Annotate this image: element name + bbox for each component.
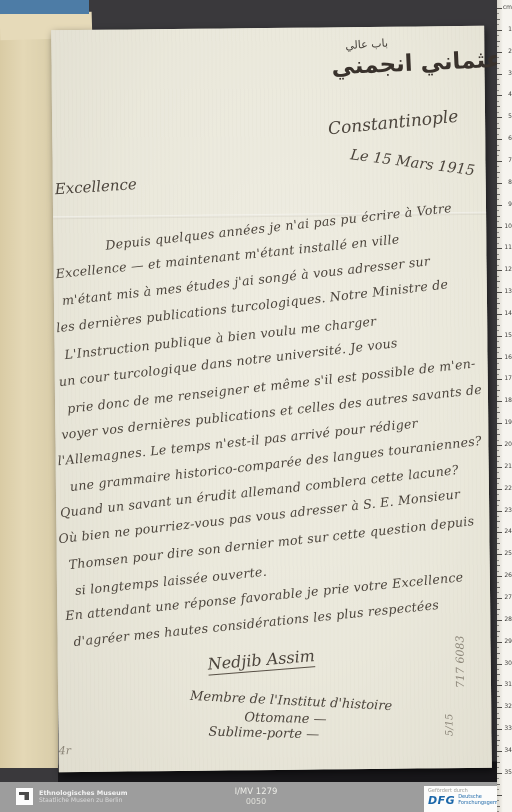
ruler-tick <box>497 341 499 342</box>
ruler-tick <box>497 625 499 626</box>
ruler-tick <box>497 106 500 107</box>
ruler-tick <box>497 232 499 233</box>
ruler-tick <box>497 276 499 277</box>
ruler-tick <box>497 756 499 757</box>
ruler-tick <box>497 84 500 85</box>
ruler-tick <box>497 396 499 397</box>
ruler-number: 35 <box>501 770 512 776</box>
ruler-tick <box>497 46 499 47</box>
ruler-number: 2 <box>501 49 512 55</box>
ruler-tick <box>497 128 500 129</box>
ruler-tick <box>497 194 500 195</box>
ruler-tick <box>497 166 499 167</box>
ruler-tick <box>497 795 502 796</box>
ruler-number: 16 <box>501 355 512 361</box>
ruler-tick <box>497 609 500 610</box>
ruler-tick <box>497 19 500 20</box>
salutation: Excellence <box>54 175 137 198</box>
dfg-funding-card: Gefördert durch DFG Deutsche Forschungsg… <box>424 786 506 812</box>
ruler-tick <box>497 592 499 593</box>
ruler-number: 30 <box>501 661 512 667</box>
ruler-tick <box>497 418 499 419</box>
ruler-tick <box>497 440 499 441</box>
ruler-number: 5 <box>501 114 512 120</box>
ruler-number: 7 <box>501 158 512 164</box>
ruler-tick <box>497 123 499 124</box>
ruler-number: 4 <box>501 92 512 98</box>
ruler-tick <box>497 653 500 654</box>
ruler-tick <box>497 298 499 299</box>
ruler-tick <box>497 587 500 588</box>
ruler-tick <box>497 265 499 266</box>
ruler-tick <box>497 696 500 697</box>
ruler-tick <box>497 101 499 102</box>
ruler-tick <box>497 472 499 473</box>
ruler-tick <box>497 363 499 364</box>
ruler-tick <box>497 35 499 36</box>
dfg-row: DFG Deutsche Forschungsgemeinschaft <box>428 795 502 806</box>
ruler-tick <box>497 571 499 572</box>
ruler-tick <box>497 221 499 222</box>
ruler-number: 29 <box>501 639 512 645</box>
ruler-tick <box>497 680 499 681</box>
ruler-tick <box>497 434 500 435</box>
ruler-tick <box>497 150 500 151</box>
letter-body: Depuis quelques années je n'ai pas pu éc… <box>51 26 484 31</box>
ruler-number: 18 <box>501 398 512 404</box>
signer-title-line: Ottomane — <box>244 710 327 727</box>
ruler-number: 28 <box>501 617 512 623</box>
pencil-folio-number: 5/15 <box>444 714 455 737</box>
place-line: Constantinople <box>327 107 459 140</box>
ruler-tick <box>497 631 500 632</box>
ruler-number: 25 <box>501 551 512 557</box>
ruler-tick <box>497 352 499 353</box>
ottoman-seal-stamp: تاريخ عثماني انجمني <box>331 51 468 79</box>
ruler-tick <box>497 41 500 42</box>
ruler-tick <box>497 330 499 331</box>
ruler-number: 12 <box>501 267 512 273</box>
ruler-number: 9 <box>501 202 512 208</box>
pencil-corner-mark: 4r <box>59 744 71 757</box>
ruler-tick <box>497 390 500 391</box>
ruler-tick <box>497 800 499 801</box>
ruler-number: 3 <box>501 71 512 77</box>
ruler-tick <box>497 778 499 779</box>
letter-page: باب عالي تاريخ عثماني انجمني Constantino… <box>51 26 492 772</box>
ruler-tick <box>497 494 499 495</box>
ruler-number: 33 <box>501 726 512 732</box>
scan-stage: باب عالي تاريخ عثماني انجمني Constantino… <box>0 0 512 812</box>
ruler-tick <box>497 216 500 217</box>
ruler-tick <box>497 735 499 736</box>
ruler-tick <box>497 90 499 91</box>
ruler-tick <box>497 500 500 501</box>
ruler-number: 11 <box>501 245 512 251</box>
ruler-number: 6 <box>501 136 512 142</box>
ruler-tick <box>497 155 499 156</box>
ruler-tick <box>497 68 499 69</box>
underlying-page-edge <box>0 12 58 768</box>
ruler-number: 22 <box>501 486 512 492</box>
ruler-tick <box>497 429 499 430</box>
ruler-tick <box>497 347 500 348</box>
ruler-number: 13 <box>501 289 512 295</box>
ruler-number: 23 <box>501 508 512 514</box>
ruler-number: 27 <box>501 595 512 601</box>
ruler-tick <box>497 543 500 544</box>
ruler-number: 1 <box>501 27 512 33</box>
ruler-tick <box>497 614 499 615</box>
ruler-tick <box>497 538 499 539</box>
ruler-tick <box>497 319 499 320</box>
ruler-tick <box>497 374 499 375</box>
ruler-tick <box>497 145 499 146</box>
ruler-tick <box>497 369 500 370</box>
ruler-tick <box>497 478 500 479</box>
ruler-number: 10 <box>501 224 512 230</box>
ruler-tick <box>497 112 499 113</box>
ruler-tick <box>497 582 499 583</box>
ruler-tick <box>497 325 500 326</box>
ruler-number: 15 <box>501 333 512 339</box>
ruler-tick <box>497 565 500 566</box>
ruler-number: 21 <box>501 464 512 470</box>
ruler-number: 32 <box>501 704 512 710</box>
ruler-tick <box>497 516 499 517</box>
signer-title-line: Membre de l'Institut d'histoire <box>190 689 393 714</box>
date-line: Le 15 Mars 1915 <box>349 147 475 179</box>
ruler-number: 34 <box>501 748 512 754</box>
ruler-tick <box>497 177 499 178</box>
ruler-tick <box>497 412 500 413</box>
ruler-tick <box>497 603 499 604</box>
signer-title-line: Sublime-porte — <box>208 725 319 743</box>
ruler: cm12345678910111213141516171819202122232… <box>497 0 512 812</box>
ruler-tick <box>497 287 499 288</box>
ruler-tick <box>497 308 499 309</box>
ruler-tick <box>497 647 499 648</box>
ruler-number: 19 <box>501 420 512 426</box>
ruler-tick <box>497 806 500 807</box>
ruler-tick <box>497 740 500 741</box>
ruler-number: 14 <box>501 311 512 317</box>
ruler-number: 20 <box>501 442 512 448</box>
ruler-tick <box>497 79 499 80</box>
ruler-tick <box>497 724 499 725</box>
ruler-tick <box>497 669 499 670</box>
ruler-tick <box>497 259 500 260</box>
ruler-tick <box>497 461 499 462</box>
ruler-number: 26 <box>501 573 512 579</box>
ruler-number: 8 <box>501 180 512 186</box>
ruler-tick <box>497 243 499 244</box>
ruler-tick <box>497 281 500 282</box>
ruler-tick <box>497 527 499 528</box>
ruler-tick <box>497 210 499 211</box>
ruler-tick <box>497 702 499 703</box>
ruler-tick <box>497 713 499 714</box>
ruler-tick <box>497 483 499 484</box>
ruler-tick <box>497 237 500 238</box>
ruler-tick <box>497 172 500 173</box>
ruler-tick <box>497 385 499 386</box>
binder-cover-edge <box>0 0 89 14</box>
ruler-tick <box>497 303 500 304</box>
ruler-tick <box>497 450 499 451</box>
ruler-tick <box>497 63 500 64</box>
ruler-tick <box>497 784 500 785</box>
ruler-tick <box>497 636 499 637</box>
ruler-tick <box>497 505 499 506</box>
ruler-tick <box>497 254 499 255</box>
ruler-tick <box>497 767 499 768</box>
ruler-tick <box>497 745 499 746</box>
ruler-unit-label: cm <box>501 5 512 11</box>
pencil-archive-number: 717 6083 <box>453 635 467 688</box>
ruler-tick <box>497 789 499 790</box>
signature: Nedjib Assim <box>207 646 316 676</box>
ruler-number: 17 <box>501 376 512 382</box>
ruler-tick <box>497 674 500 675</box>
ruler-tick <box>497 549 499 550</box>
ruler-tick <box>497 134 499 135</box>
arabic-header-note: باب عالي <box>345 37 388 53</box>
dfg-logo: DFG <box>428 795 455 806</box>
ruler-tick <box>497 456 500 457</box>
ruler-tick <box>497 658 499 659</box>
ruler-tick <box>497 199 499 200</box>
ruler-tick <box>497 762 500 763</box>
ruler-tick <box>497 13 499 14</box>
ruler-tick <box>497 718 500 719</box>
ruler-tick <box>497 560 499 561</box>
ruler-tick <box>497 24 499 25</box>
ruler-tick <box>497 188 499 189</box>
ruler-number: 24 <box>501 529 512 535</box>
ruler-number: 31 <box>501 682 512 688</box>
ruler-tick <box>497 57 499 58</box>
ruler-tick <box>497 521 500 522</box>
ruler-tick <box>497 407 499 408</box>
ruler-tick <box>497 691 499 692</box>
